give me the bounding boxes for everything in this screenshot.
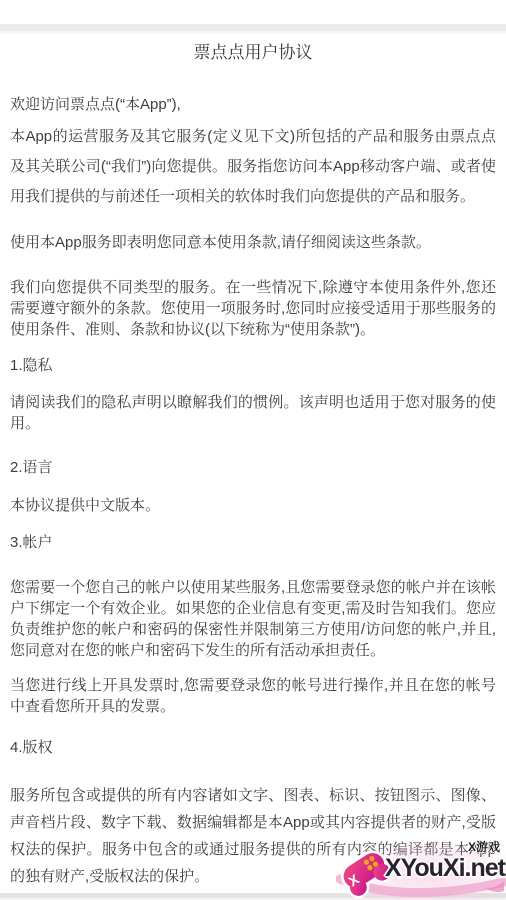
agreement-paragraph: 我们向您提供不同类型的服务。在一些情况下,除遵守本使用条件外,您还需要遵守额外的… xyxy=(10,277,496,340)
site-watermark: X X游戏 XYouXi.net xyxy=(336,841,506,900)
watermark-site-name: XYouXi.net xyxy=(385,853,505,883)
section-heading-copyright: 4.版权 xyxy=(10,737,496,758)
agreement-paragraph: 本App的运营服务及其它服务(定义见下文)所包括的产品和服务由票点点及其关联公司… xyxy=(10,122,496,212)
agreement-paragraph: 您需要一个您自己的帐户以使用某些服务,且您需要登录您的帐户并在该帐户下绑定一个有… xyxy=(10,577,496,661)
agreement-paragraph: 本协议提供中文版本。 xyxy=(10,495,496,516)
page-title: 票点点用户协议 xyxy=(10,40,496,66)
agreement-paragraph: 使用本App服务即表明您同意本使用条款,请仔细阅读这些条款。 xyxy=(10,228,496,258)
agreement-paragraph: 请阅读我们的隐私声明以瞭解我们的惯例。该声明也适用于您对服务的使用。 xyxy=(10,392,496,434)
section-heading-account: 3.帐户 xyxy=(10,532,496,553)
section-heading-privacy: 1.隐私 xyxy=(10,355,496,376)
agreement-paragraph: 欢迎访问票点点(“本App”), xyxy=(10,90,496,120)
section-heading-language: 2.语言 xyxy=(10,457,496,478)
agreement-paragraph: 当您进行线上开具发票时,您需要登录您的帐号进行操作,并且在您的帐号中查看您所开具… xyxy=(10,675,496,717)
agreement-scroll-area[interactable]: 票点点用户协议 欢迎访问票点点(“本App”), 本App的运营服务及其它服务(… xyxy=(10,0,496,890)
